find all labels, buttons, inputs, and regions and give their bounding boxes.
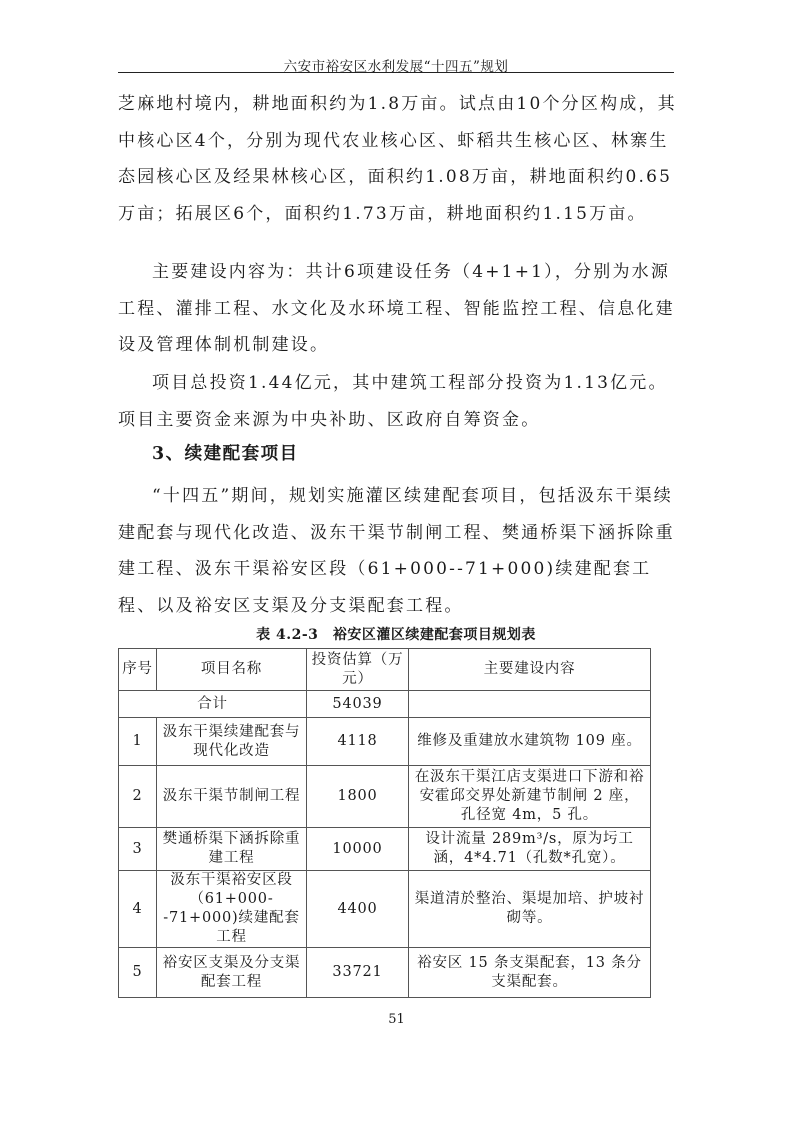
row-content: 裕安区 15 条支渠配套，13 条分支渠配套。 [409, 948, 651, 998]
row-name: 汲东干渠续建配套与现代化改造 [157, 718, 307, 766]
header-name: 项目名称 [157, 649, 307, 691]
page-number: 51 [0, 1012, 793, 1027]
total-investment: 54039 [307, 691, 409, 718]
table-row: 5 裕安区支渠及分支渠配套工程 33721 裕安区 15 条支渠配套，13 条分… [119, 948, 651, 998]
paragraph-continuation-projects: “十四五”期间，规划实施灌区续建配套项目，包括汲东干渠续建配套与现代化改造、汲东… [118, 478, 678, 624]
row-no: 1 [119, 718, 157, 766]
row-name: 汲东干渠裕安区段（61+000--71+000)续建配套工程 [157, 871, 307, 948]
row-no: 2 [119, 766, 157, 828]
section-heading: 3、续建配套项目 [152, 440, 299, 465]
row-no: 4 [119, 871, 157, 948]
row-content: 渠道清於整治、渠堤加培、护坡衬砌等。 [409, 871, 651, 948]
table-row: 2 汲东干渠节制闸工程 1800 在汲东干渠江店支渠进口下游和裕安霍邱交界处新建… [119, 766, 651, 828]
table-header-row: 序号 项目名称 投资估算（万元） 主要建设内容 [119, 649, 651, 691]
row-name: 樊通桥渠下涵拆除重建工程 [157, 828, 307, 871]
row-investment: 10000 [307, 828, 409, 871]
header-no: 序号 [119, 649, 157, 691]
row-content: 在汲东干渠江店支渠进口下游和裕安霍邱交界处新建节制闸 2 座，孔径宽 4m，5 … [409, 766, 651, 828]
total-content [409, 691, 651, 718]
header-rule [118, 72, 674, 73]
total-label: 合计 [119, 691, 307, 718]
project-plan-table: 序号 项目名称 投资估算（万元） 主要建设内容 合计 54039 1 汲东干渠续… [118, 648, 651, 998]
row-content: 设计流量 289m³/s，原为圬工涵，4*4.71（孔数*孔宽）。 [409, 828, 651, 871]
row-investment: 4400 [307, 871, 409, 948]
row-investment: 33721 [307, 948, 409, 998]
paragraph-investment: 项目总投资1.44亿元，其中建筑工程部分投资为1.13亿元。项目主要资金来源为中… [118, 365, 678, 438]
header-investment: 投资估算（万元） [307, 649, 409, 691]
table-row: 4 汲东干渠裕安区段（61+000--71+000)续建配套工程 4400 渠道… [119, 871, 651, 948]
paragraph-pilot-area: 芝麻地村境内，耕地面积约为1.8万亩。试点由10个分区构成，其中核心区4个，分别… [118, 86, 678, 232]
row-no: 5 [119, 948, 157, 998]
row-investment: 1800 [307, 766, 409, 828]
row-name: 汲东干渠节制闸工程 [157, 766, 307, 828]
table-caption: 表 4.2-3 裕安区灌区续建配套项目规划表 [118, 624, 674, 644]
table-total-row: 合计 54039 [119, 691, 651, 718]
paragraph-construction-content: 主要建设内容为：共计6项建设任务（4+1+1），分别为水源工程、灌排工程、水文化… [118, 254, 678, 364]
header-content: 主要建设内容 [409, 649, 651, 691]
row-name: 裕安区支渠及分支渠配套工程 [157, 948, 307, 998]
table-row: 3 樊通桥渠下涵拆除重建工程 10000 设计流量 289m³/s，原为圬工涵，… [119, 828, 651, 871]
row-investment: 4118 [307, 718, 409, 766]
row-content: 维修及重建放水建筑物 109 座。 [409, 718, 651, 766]
row-no: 3 [119, 828, 157, 871]
table-row: 1 汲东干渠续建配套与现代化改造 4118 维修及重建放水建筑物 109 座。 [119, 718, 651, 766]
